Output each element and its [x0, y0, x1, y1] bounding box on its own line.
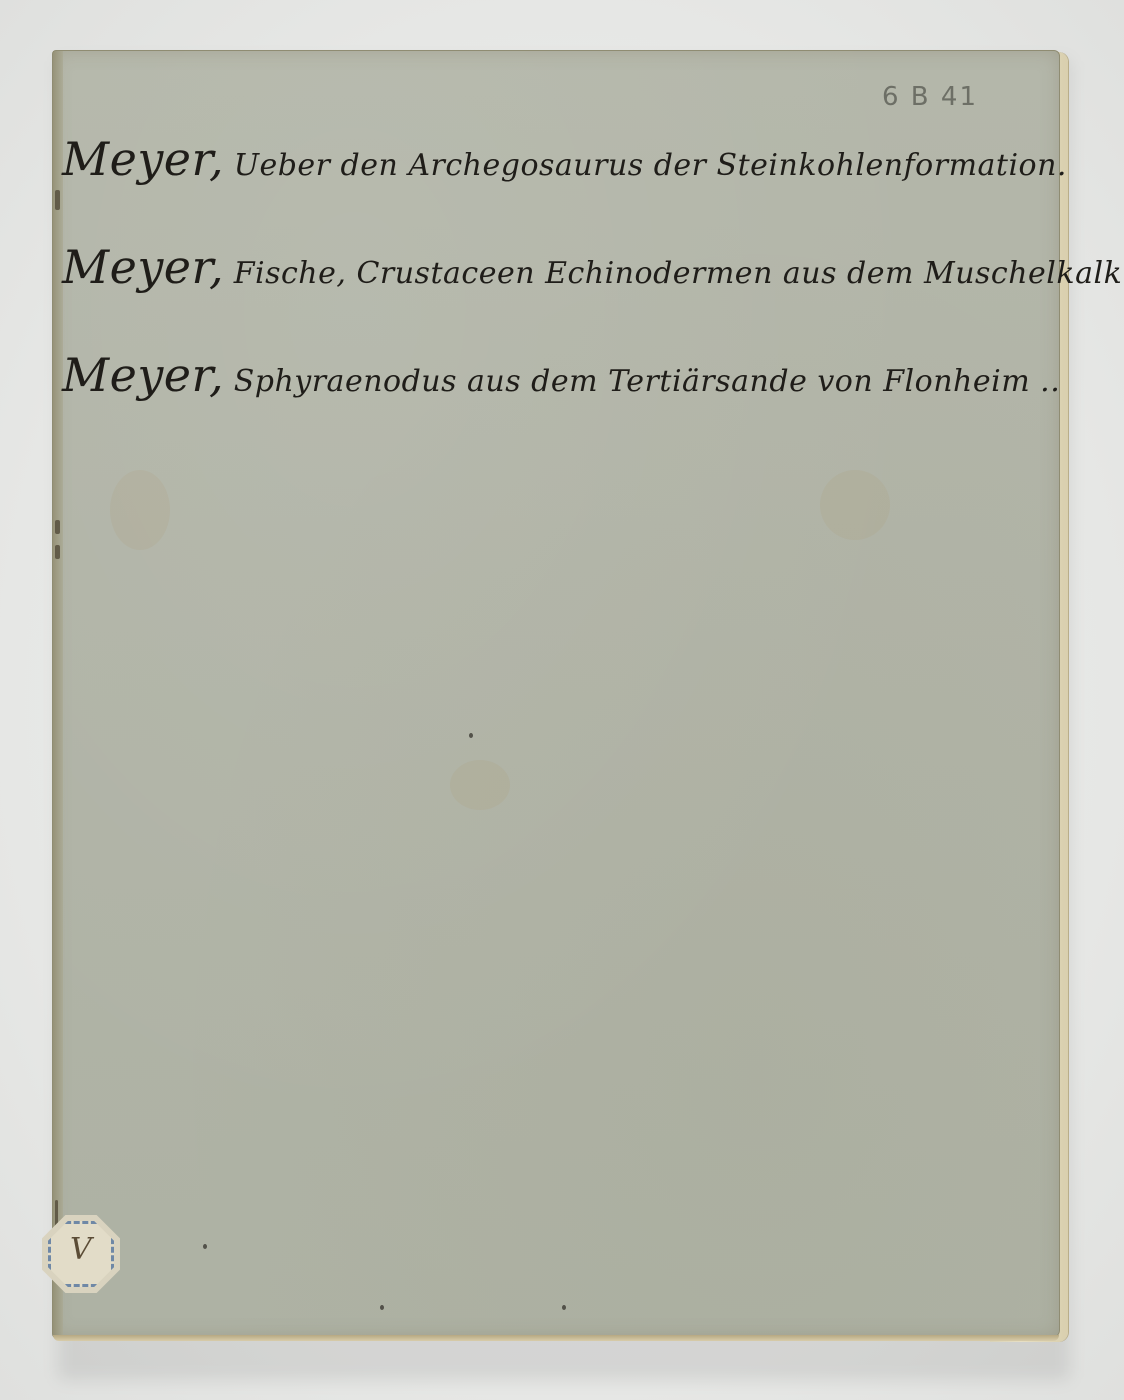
- title-work: Sphyraenodus aus dem Tertiärsande von Fl…: [234, 364, 1061, 399]
- paper-speck: [469, 733, 473, 738]
- title-work: Ueber den Archegosaurus der Steinkohlenf…: [234, 148, 1067, 183]
- library-label-text: V: [70, 1232, 92, 1267]
- title-entry: Meyer, Sphyraenodus aus dem Tertiärsande…: [62, 348, 1060, 402]
- shelfmark: 6 B 41: [882, 82, 978, 112]
- title-entry: Meyer, Fische, Crustaceen Echinodermen a…: [62, 240, 1124, 294]
- title-work: Fische, Crustaceen Echinodermen aus dem …: [234, 256, 1124, 291]
- binding-stitch: [55, 545, 60, 559]
- title-entry: Meyer, Ueber den Archegosaurus der Stein…: [62, 132, 1067, 186]
- binding-stitch: [55, 520, 60, 534]
- title-author: Meyer,: [62, 240, 224, 294]
- paper-stain: [820, 470, 890, 540]
- paper-speck: [562, 1305, 566, 1310]
- paper-speck: [203, 1244, 207, 1249]
- paper-stain: [110, 470, 170, 550]
- title-author: Meyer,: [62, 348, 224, 402]
- paper-speck: [380, 1305, 384, 1310]
- paper-stain: [450, 760, 510, 810]
- title-author: Meyer,: [62, 132, 224, 186]
- binding-stitch: [55, 190, 60, 210]
